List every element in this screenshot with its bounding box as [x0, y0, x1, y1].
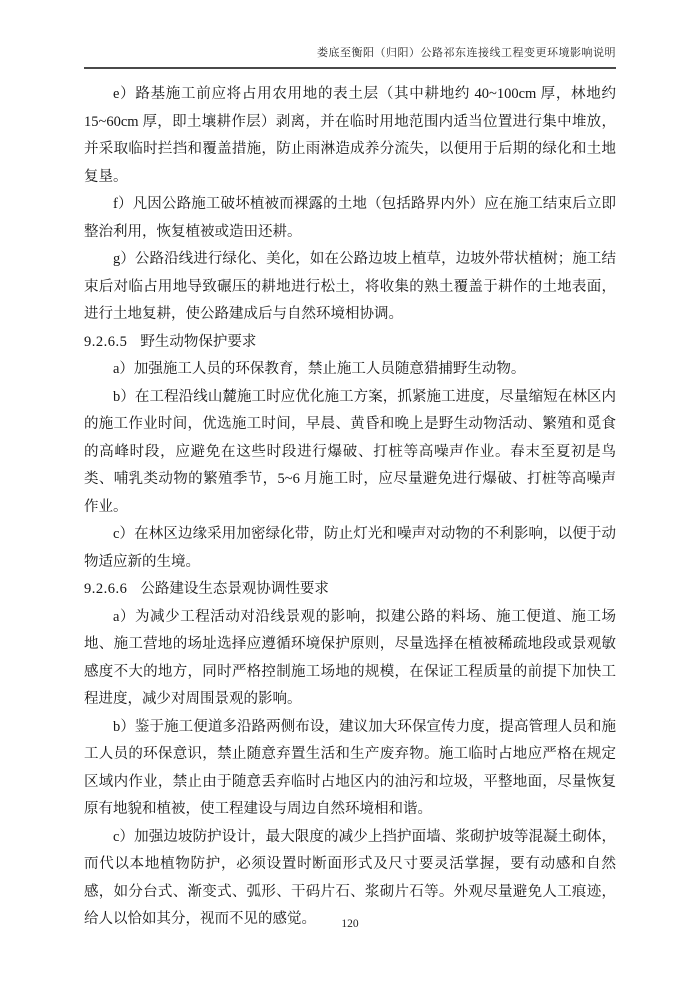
document-body: e）路基施工前应将占用农用地的表土层（其中耕地约 40~100cm 厚，林地约 … — [84, 81, 616, 934]
document-page: 娄底至衡阳（归阳）公路祁东连接线工程变更环境影响说明 e）路基施工前应将占用农用… — [0, 0, 700, 990]
paragraph-a-landscape-siting: a）为减少工程活动对沿线景观的影响，拟建公路的料场、施工便道、施工场地、施工营地… — [84, 604, 616, 714]
paragraph-g-greening: g）公路沿线进行绿化、美化，如在公路边坡上植草，边坡外带状植树；施工结束后对临占… — [84, 246, 616, 329]
page-header: 娄底至衡阳（归阳）公路祁东连接线工程变更环境影响说明 — [84, 44, 616, 69]
section-title: 野生动物保护要求 — [140, 334, 256, 350]
section-title: 公路建设生态景观协调性要求 — [140, 581, 329, 597]
paragraph-b-construction-timing: b）在工程沿线山麓施工时应优化施工方案，抓紧施工进度，尽量缩短在林区内的施工作业… — [84, 384, 616, 522]
section-number: 9.2.6.5 — [84, 334, 127, 350]
section-number: 9.2.6.6 — [84, 581, 127, 597]
section-heading-9-2-6-6: 9.2.6.6公路建设生态景观协调性要求 — [84, 576, 616, 604]
header-title: 娄底至衡阳（归阳）公路祁东连接线工程变更环境影响说明 — [317, 47, 616, 59]
paragraph-b-temporary-land: b）鉴于施工便道多沿路两侧布设，建议加大环保宣传力度，提高管理人员和施工人员的环… — [84, 714, 616, 824]
paragraph-e-topsoil: e）路基施工前应将占用农用地的表土层（其中耕地约 40~100cm 厚，林地约 … — [84, 81, 616, 191]
section-heading-9-2-6-5: 9.2.6.5野生动物保护要求 — [84, 329, 616, 357]
paragraph-f-bare-land: f）凡因公路施工破坏植被而裸露的土地（包括路界内外）应在施工结束后立即整治利用，… — [84, 191, 616, 246]
page-number: 120 — [341, 918, 358, 930]
page-footer: 120 — [0, 918, 700, 930]
paragraph-a-wildlife-education: a）加强施工人员的环保教育，禁止施工人员随意猎捕野生动物。 — [84, 356, 616, 384]
paragraph-c-green-belt: c）在林区边缘采用加密绿化带，防止灯光和噪声对动物的不利影响，以便于动物适应新的… — [84, 521, 616, 576]
paragraph-c-slope-protection: c）加强边坡防护设计，最大限度的减少上挡护面墙、浆砌护坡等混凝土砌体，而代以本地… — [84, 824, 616, 934]
